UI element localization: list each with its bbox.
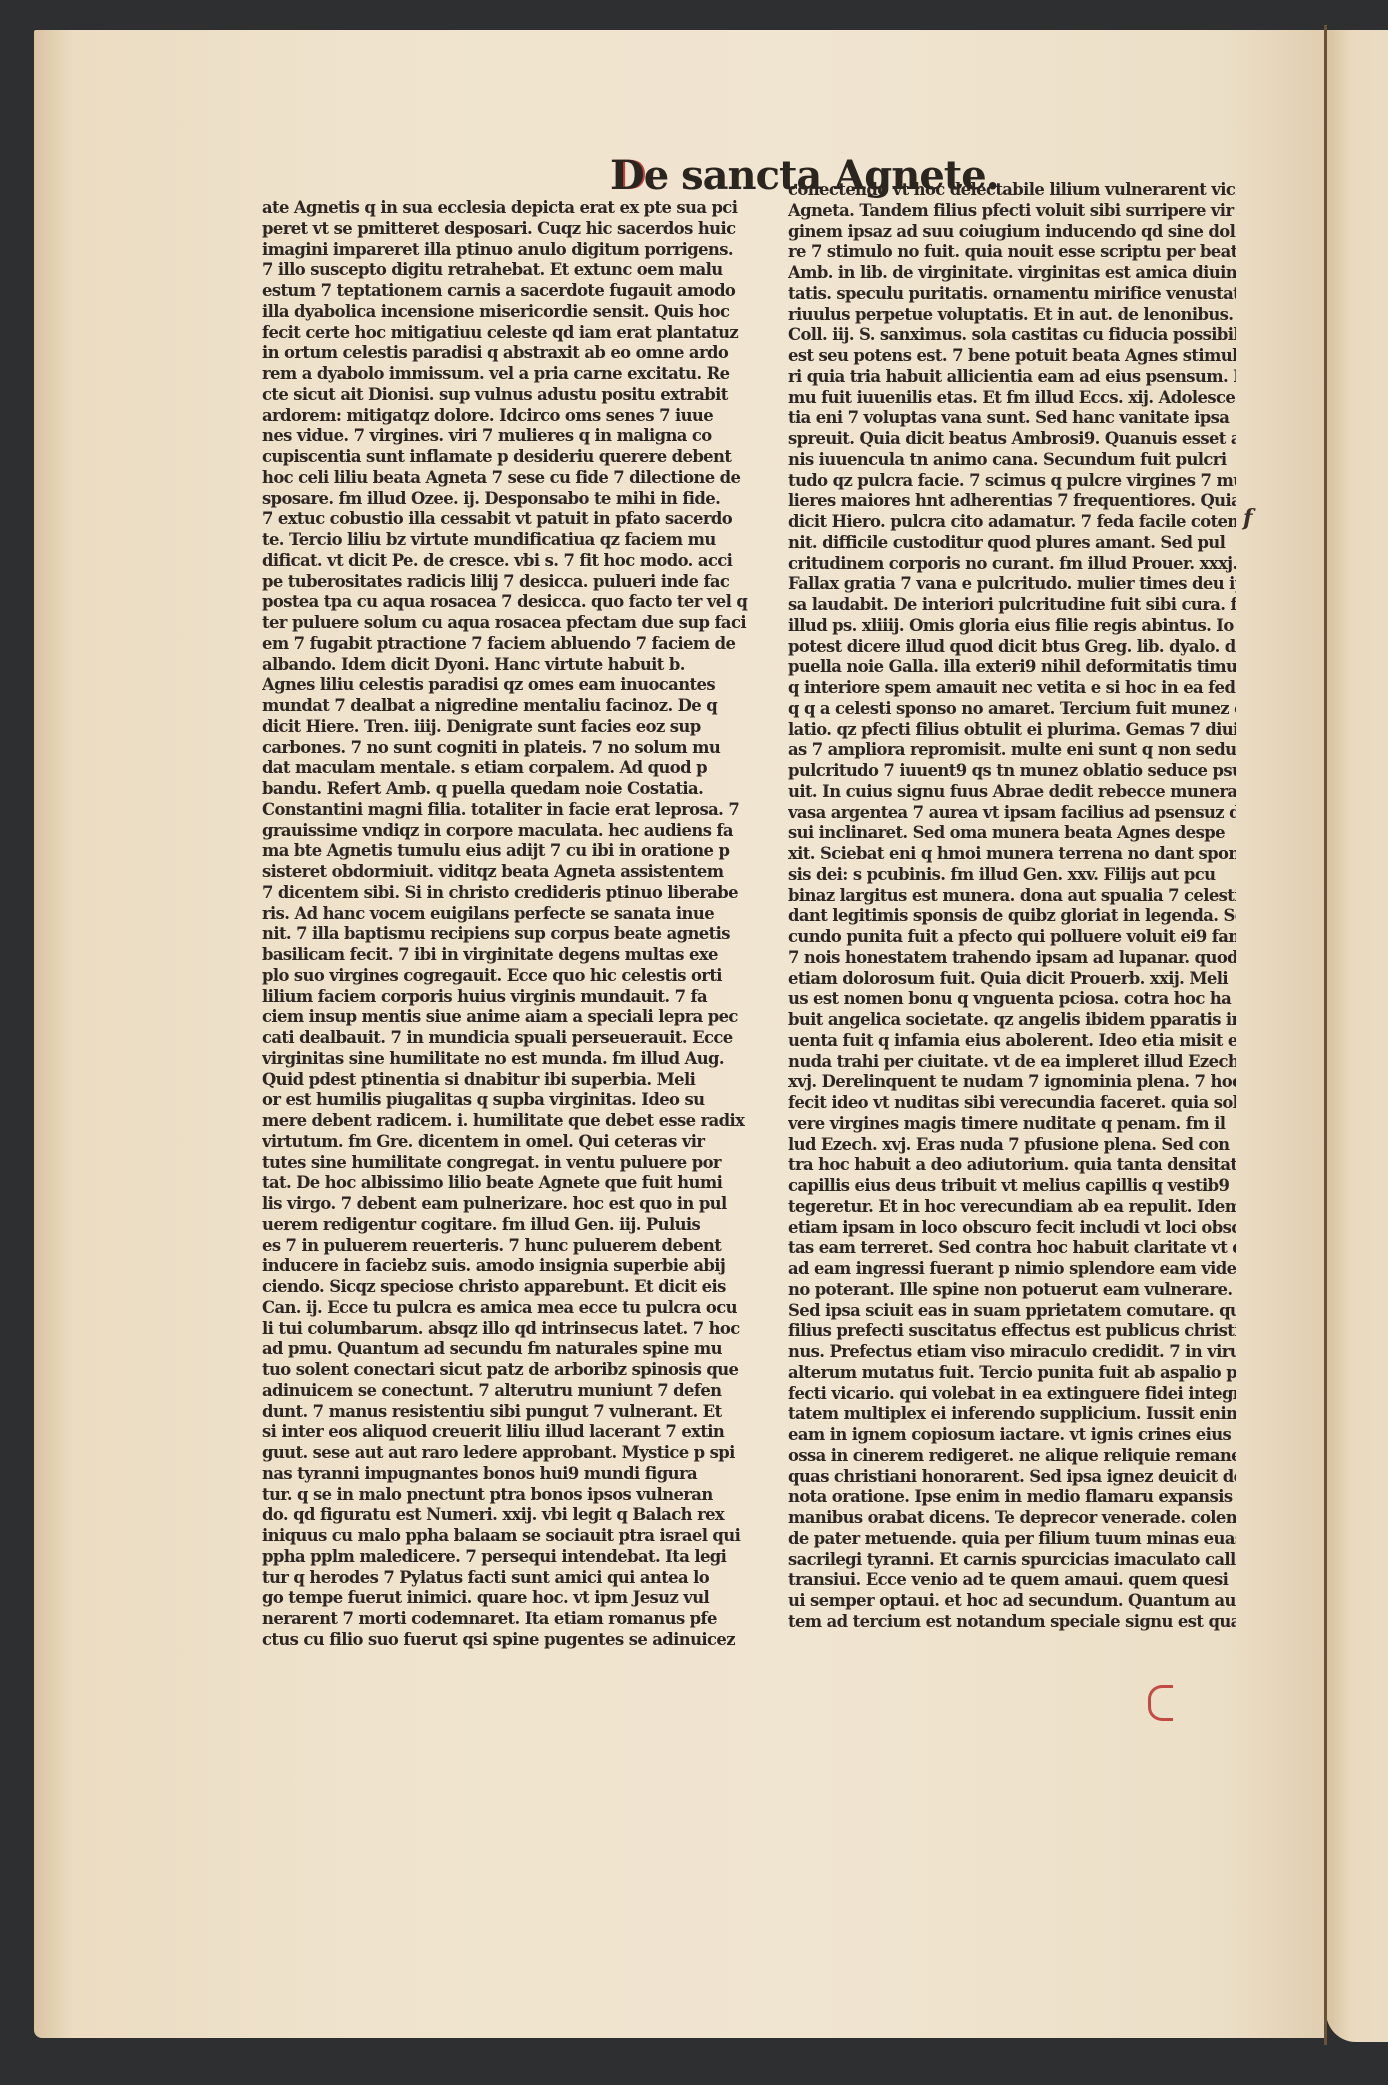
- text-line: fecit ideo vt nuditas sibi verecundia fa…: [788, 1093, 1236, 1114]
- text-line: sacrilegi tyranni. Et carnis spurcicias …: [788, 1550, 1236, 1571]
- text-line: lud Ezech. xvj. Eras nuda 7 pfusione ple…: [788, 1135, 1236, 1156]
- text-line: ad pmu. Quantum ad secundu fm naturales …: [262, 1339, 752, 1360]
- text-line: illud ps. xliiij. Omis gloria eius filie…: [788, 616, 1236, 637]
- text-line: nota oratione. Ipse enim in medio flamar…: [788, 1487, 1236, 1508]
- text-line: iniquus cu malo ppha balaam se sociauit …: [262, 1526, 752, 1547]
- text-line: postea tpa cu aqua rosacea 7 desicca. qu…: [262, 592, 752, 613]
- text-line: nit. 7 illa baptismu recipiens sup corpu…: [262, 924, 752, 945]
- text-line: etiam dolorosum fuit. Quia dicit Prouerb…: [788, 969, 1236, 990]
- text-line: pe tuberositates radicis lilij 7 desicca…: [262, 572, 752, 593]
- text-line: eam in ignem copiosum iactare. vt ignis …: [788, 1425, 1236, 1446]
- text-line: q interiore spem amauit nec vetita e si …: [788, 678, 1236, 699]
- text-line: xit. Sciebat eni q hmoi munera terrena n…: [788, 844, 1236, 865]
- text-line: rem a dyabolo immissum. vel a pria carne…: [262, 364, 752, 385]
- text-line: dificat. vt dicit Pe. de cresce. vbi s. …: [262, 551, 752, 572]
- text-line: sa laudabit. De interiori pulcritudine f…: [788, 595, 1236, 616]
- text-line: riuulus perpetue voluptatis. Et in aut. …: [788, 305, 1236, 326]
- text-line: nerarent 7 morti codemnaret. Ita etiam r…: [262, 1609, 752, 1630]
- text-line: virtutum. fm Gre. dicentem in omel. Qui …: [262, 1132, 752, 1153]
- text-line: cati dealbauit. 7 in mundicia spuali per…: [262, 1028, 752, 1049]
- text-line: tur q herodes 7 Pylatus facti sunt amici…: [262, 1568, 752, 1589]
- text-line: es 7 in puluerem reuerteris. 7 hunc pulu…: [262, 1236, 752, 1257]
- text-line: no poterant. Ille spine non potuerut eam…: [788, 1280, 1236, 1301]
- text-line: spreuit. Quia dicit beatus Ambrosi9. Qua…: [788, 429, 1236, 450]
- text-line: re 7 stimulo no fuit. quia nouit esse sc…: [788, 242, 1236, 263]
- text-line: Coll. iij. S. sanximus. sola castitas cu…: [788, 325, 1236, 346]
- text-line: dat maculam mentale. s etiam corpalem. A…: [262, 758, 752, 779]
- text-line: Fallax gratia 7 vana e pulcritudo. mulie…: [788, 574, 1236, 595]
- text-line: in ortum celestis paradisi q abstraxit a…: [262, 343, 752, 364]
- text-line: albando. Idem dicit Dyoni. Hanc virtute …: [262, 655, 752, 676]
- text-line: nas tyranni impugnantes bonos hui9 mundi…: [262, 1464, 752, 1485]
- text-line: nuda trahi per ciuitate. vt de ea impler…: [788, 1052, 1236, 1073]
- text-line: inducere in faciebz suis. amodo insignia…: [262, 1256, 752, 1277]
- text-line: ciem insup mentis siue anime aiam a spec…: [262, 1007, 752, 1028]
- text-line: cupiscentia sunt inflamate p desideriu q…: [262, 447, 752, 468]
- text-line: dicit Hiere. Tren. iiij. Denigrate sunt …: [262, 717, 752, 738]
- text-line: nit. difficile custoditur quod plures am…: [788, 533, 1236, 554]
- text-line: pulcritudo 7 iuuent9 qs tn munez oblatio…: [788, 761, 1236, 782]
- text-line: Quid pdest ptinentia si dnabitur ibi sup…: [262, 1070, 752, 1091]
- text-line: uenta fuit q infamia eius abolerent. Ide…: [788, 1031, 1236, 1052]
- text-line: fecit certe hoc mitigatiuu celeste qd ia…: [262, 323, 752, 344]
- text-line: ctus cu filio suo fuerut qsi spine pugen…: [262, 1630, 752, 1651]
- text-line: lis virgo. 7 debent eam pulnerizare. hoc…: [262, 1194, 752, 1215]
- text-line: lieres maiores hnt adherentias 7 frequen…: [788, 491, 1236, 512]
- text-line: Sed ipsa sciuit eas in suam pprietatem c…: [788, 1301, 1236, 1322]
- text-line: dunt. 7 manus resistentiu sibi pungut 7 …: [262, 1402, 752, 1423]
- text-line: 7 extuc cobustio illa cessabit vt patuit…: [262, 509, 752, 530]
- text-line: ossa in cinerem redigeret. ne alique rel…: [788, 1446, 1236, 1467]
- text-line: hoc celi liliu beata Agneta 7 sese cu fi…: [262, 468, 752, 489]
- text-line: cundo punita fuit a pfecto qui polluere …: [788, 927, 1236, 948]
- text-line: tas eam terreret. Sed contra hoc habuit …: [788, 1238, 1236, 1259]
- text-line: tur. q se in malo pnectunt ptra bonos ip…: [262, 1485, 752, 1506]
- text-line: ppha pplm maledicere. 7 persequi intende…: [262, 1547, 752, 1568]
- text-line: tutes sine humilitate congregat. in vent…: [262, 1153, 752, 1174]
- text-line: 7 dicentem sibi. Si in christo credideri…: [262, 883, 752, 904]
- text-line: dant legitimis sponsis de quibz gloriat …: [788, 906, 1236, 927]
- text-line: guut. sese aut aut raro ledere approbant…: [262, 1443, 752, 1464]
- text-line: ter puluere solum cu aqua rosacea pfecta…: [262, 613, 752, 634]
- text-line: Agneta. Tandem filius pfecti voluit sibi…: [788, 201, 1236, 222]
- text-line: filius prefecti suscitatus effectus est …: [788, 1321, 1236, 1342]
- right-text-column: conectendo vt hoc delectabile lilium vul…: [788, 180, 1236, 1633]
- text-line: capillis eius deus tribuit vt melius cap…: [788, 1176, 1236, 1197]
- text-line: tia eni 7 voluptas vana sunt. Sed hanc v…: [788, 408, 1236, 429]
- text-line: sui inclinaret. Sed oma munera beata Agn…: [788, 823, 1236, 844]
- text-line: do. qd figuratu est Numeri. xxij. vbi le…: [262, 1505, 752, 1526]
- text-line: transiui. Ecce venio ad te quem amaui. q…: [788, 1570, 1236, 1591]
- text-line: Amb. in lib. de virginitate. virginitas …: [788, 263, 1236, 284]
- facing-page-edge: [1326, 30, 1388, 2042]
- text-line: nus. Prefectus etiam viso miraculo credi…: [788, 1342, 1236, 1363]
- text-line: ma bte Agnetis tumulu eius adijt 7 cu ib…: [262, 841, 752, 862]
- text-line: ui semper optaui. et hoc ad secundum. Qu…: [788, 1591, 1236, 1612]
- text-line: lilium faciem corporis huius virginis mu…: [262, 987, 752, 1008]
- text-line: te. Tercio liliu bz virtute mundificatiu…: [262, 530, 752, 551]
- text-line: critudinem corporis no curant. fm illud …: [788, 554, 1236, 575]
- text-line: illa dyabolica incensione misericordie s…: [262, 302, 752, 323]
- text-line: sposare. fm illud Ozee. ij. Desponsabo t…: [262, 489, 752, 510]
- text-line: sis dei: s pcubinis. fm illud Gen. xxv. …: [788, 865, 1236, 886]
- rubricated-paragraph-mark: [1148, 1685, 1173, 1721]
- marginal-signature: f: [1243, 505, 1252, 531]
- text-line: fecti vicario. qui volebat in ea extingu…: [788, 1384, 1236, 1405]
- text-line: de pater metuende. quia per filium tuum …: [788, 1529, 1236, 1550]
- text-line: tem ad tercium est notandum speciale sig…: [788, 1612, 1236, 1633]
- text-line: mere debent radicem. i. humilitate que d…: [262, 1111, 752, 1132]
- text-line: adinuicem se conectunt. 7 alterutru muni…: [262, 1381, 752, 1402]
- text-line: ginem ipsaz ad suu coiugium inducendo qd…: [788, 222, 1236, 243]
- text-line: ciendo. Sicqz speciose christo apparebun…: [262, 1277, 752, 1298]
- text-line: ris. Ad hanc vocem euigilans perfecte se…: [262, 904, 752, 925]
- text-line: plo suo virgines cogregauit. Ecce quo hi…: [262, 966, 752, 987]
- text-line: nes vidue. 7 virgines. viri 7 mulieres q…: [262, 426, 752, 447]
- text-line: alterum mutatus fuit. Tercio punita fuit…: [788, 1363, 1236, 1384]
- text-line: carbones. 7 no sunt cogniti in plateis. …: [262, 738, 752, 759]
- text-line: ardorem: mitigatqz dolore. Idcirco oms s…: [262, 406, 752, 427]
- text-line: uerem redigentur cogitare. fm illud Gen.…: [262, 1215, 752, 1236]
- text-line: q q a celesti sponso no amaret. Tercium …: [788, 699, 1236, 720]
- text-line: dicit Hiero. pulcra cito adamatur. 7 fed…: [788, 512, 1236, 533]
- text-line: tudo qz pulcra facie. 7 scimus q pulcre …: [788, 471, 1236, 492]
- text-line: est seu potens est. 7 bene potuit beata …: [788, 346, 1236, 367]
- text-line: nis iuuencula tn animo cana. Secundum fu…: [788, 450, 1236, 471]
- text-line: buit angelica societate. qz angelis ibid…: [788, 1010, 1236, 1031]
- text-line: tatem multiplex ei inferendo supplicium.…: [788, 1404, 1236, 1425]
- text-line: cte sicut ait Dionisi. sup vulnus adustu…: [262, 385, 752, 406]
- text-line: imagini impareret illa ptinuo anulo digi…: [262, 240, 752, 261]
- text-line: virginitas sine humilitate no est munda.…: [262, 1049, 752, 1070]
- text-line: tra hoc habuit a deo adiutorium. quia ta…: [788, 1155, 1236, 1176]
- left-text-column: ate Agnetis q in sua ecclesia depicta er…: [262, 198, 752, 1651]
- text-line: quas christiani honorarent. Sed ipsa ign…: [788, 1467, 1236, 1488]
- text-line: em 7 fugabit ptractione 7 faciem abluend…: [262, 634, 752, 655]
- text-line: etiam ipsam in loco obscuro fecit includ…: [788, 1218, 1236, 1239]
- text-line: manibus orabat dicens. Te deprecor vener…: [788, 1508, 1236, 1529]
- text-line: xvj. Derelinquent te nudam 7 ignominia p…: [788, 1072, 1236, 1093]
- text-line: ad eam ingressi fuerant p nimio splendor…: [788, 1259, 1236, 1280]
- text-line: conectendo vt hoc delectabile lilium vul…: [788, 180, 1236, 201]
- text-line: 7 nois honestatem trahendo ipsam ad lupa…: [788, 948, 1236, 969]
- text-line: or est humilis piugalitas q supba virgin…: [262, 1090, 752, 1111]
- page-gutter: [1324, 25, 1327, 2045]
- text-line: binaz largitus est munera. dona aut spua…: [788, 886, 1236, 907]
- text-line: ate Agnetis q in sua ecclesia depicta er…: [262, 198, 752, 219]
- text-line: mundat 7 dealbat a nigredine mentaliu fa…: [262, 696, 752, 717]
- text-line: basilicam fecit. 7 ibi in virginitate de…: [262, 945, 752, 966]
- text-line: bandu. Refert Amb. q puella quedam noie …: [262, 779, 752, 800]
- text-line: li tui columbarum. absqz illo qd intrins…: [262, 1319, 752, 1340]
- text-line: tatis. speculu puritatis. ornamentu miri…: [788, 284, 1236, 305]
- text-line: as 7 ampliora repromisit. multe eni sunt…: [788, 740, 1236, 761]
- text-line: uit. In cuius signu fuus Abrae dedit reb…: [788, 782, 1236, 803]
- text-line: latio. qz pfecti filius obtulit ei pluri…: [788, 720, 1236, 741]
- text-line: sisteret obdormiuit. viditqz beata Agnet…: [262, 862, 752, 883]
- text-line: vasa argentea 7 aurea vt ipsam facilius …: [788, 803, 1236, 824]
- text-line: peret vt se pmitteret desposari. Cuqz hi…: [262, 219, 752, 240]
- text-line: Agnes liliu celestis paradisi qz omes ea…: [262, 675, 752, 696]
- text-line: puella noie Galla. illa exteri9 nihil de…: [788, 657, 1236, 678]
- text-line: grauissime vndiqz in corpore maculata. h…: [262, 821, 752, 842]
- text-line: go tempe fuerut inimici. quare hoc. vt i…: [262, 1588, 752, 1609]
- text-line: us est nomen bonu q vnguenta pciosa. cot…: [788, 989, 1236, 1010]
- text-line: estum 7 teptationem carnis a sacerdote f…: [262, 281, 752, 302]
- text-line: tuo solent conectari sicut patz de arbor…: [262, 1360, 752, 1381]
- text-line: Constantini magni filia. totaliter in fa…: [262, 800, 752, 821]
- heading-initial: D: [610, 152, 644, 199]
- text-line: mu fuit iuuenilis etas. Et fm illud Eccs…: [788, 388, 1236, 409]
- text-line: potest dicere illud quod dicit btus Greg…: [788, 637, 1236, 658]
- text-line: vere virgines magis timere nuditate q pe…: [788, 1114, 1236, 1135]
- text-line: tat. De hoc albissimo lilio beate Agnete…: [262, 1173, 752, 1194]
- text-line: Can. ij. Ecce tu pulcra es amica mea ecc…: [262, 1298, 752, 1319]
- text-line: si inter eos aliquod creuerit liliu illu…: [262, 1422, 752, 1443]
- text-line: tegeretur. Et in hoc verecundiam ab ea r…: [788, 1197, 1236, 1218]
- text-line: 7 illo suscepto digitu retrahebat. Et ex…: [262, 260, 752, 281]
- text-line: ri quia tria habuit allicientia eam ad e…: [788, 367, 1236, 388]
